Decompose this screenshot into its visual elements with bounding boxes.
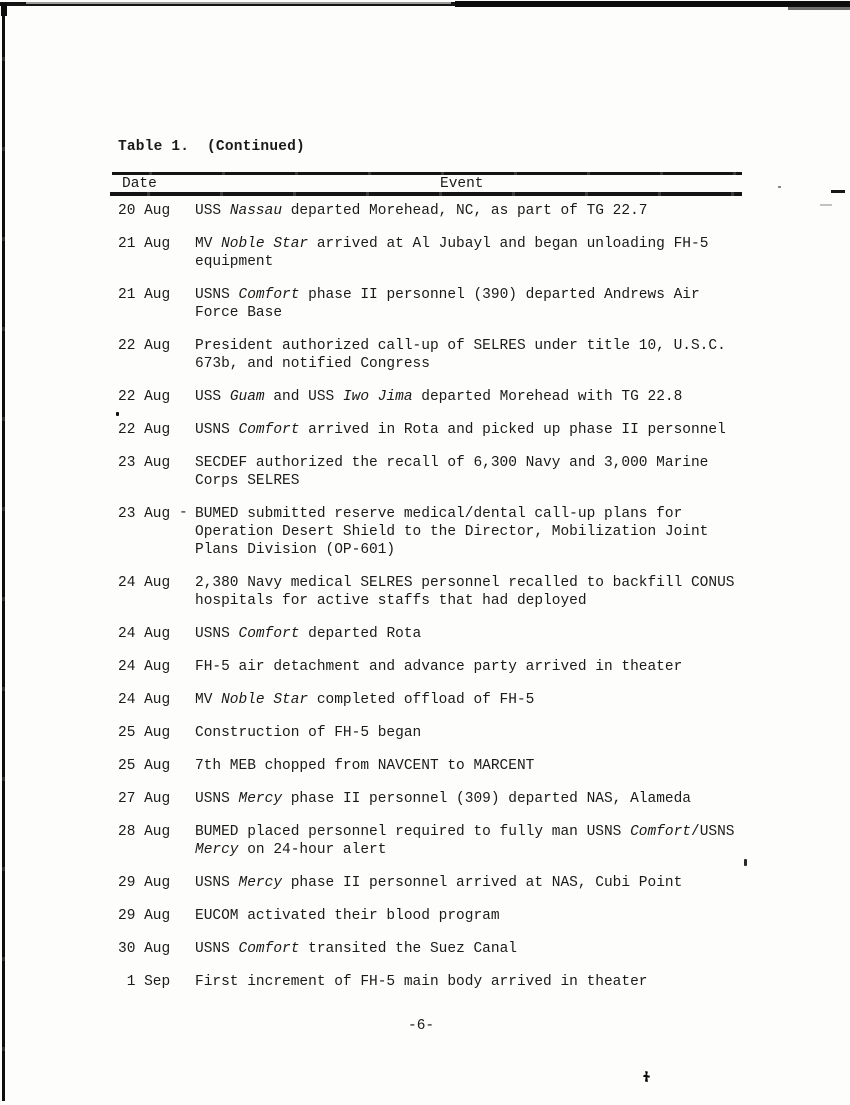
table-row: 30 AugUSNS Comfort transited the Suez Ca… [118, 940, 778, 958]
table-row: 29 AugUSNS Mercy phase II personnel arri… [118, 874, 778, 892]
event-line: 673b, and notified Congress [195, 355, 778, 373]
table-row: 23 Aug-BUMED submitted reserve medical/d… [118, 505, 778, 559]
table-row: 22 AugUSS Guam and USS Iwo Jima departed… [118, 388, 778, 406]
event-cell: MV Noble Star arrived at Al Jubayl and b… [195, 235, 778, 271]
table-row: 29 AugEUCOM activated their blood progra… [118, 907, 778, 925]
scan-artifact-left-edge-line [2, 3, 5, 1101]
event-line: Construction of FH-5 began [195, 724, 778, 742]
table-row: 24 Aug2,380 Navy medical SELRES personne… [118, 574, 778, 610]
date-cell: 24 Aug [118, 574, 195, 610]
event-cell: USNS Mercy phase II personnel (309) depa… [195, 790, 778, 808]
table-row: 24 AugMV Noble Star completed offload of… [118, 691, 778, 709]
event-line: USS Nassau departed Morehead, NC, as par… [195, 202, 778, 220]
table-row: 1 SepFirst increment of FH-5 main body a… [118, 973, 778, 991]
date-cell: 20 Aug [118, 202, 195, 220]
table-row: 24 AugUSNS Comfort departed Rota [118, 625, 778, 643]
table-row: 21 AugMV Noble Star arrived at Al Jubayl… [118, 235, 778, 271]
event-cell: BUMED submitted reserve medical/dental c… [195, 505, 778, 559]
event-cell: First increment of FH-5 main body arrive… [195, 973, 778, 991]
date-cell: 23 Aug [118, 454, 195, 490]
event-cell: USNS Comfort departed Rota [195, 625, 778, 643]
table-row: 22 AugUSNS Comfort arrived in Rota and p… [118, 421, 778, 439]
event-cell: USNS Comfort transited the Suez Canal [195, 940, 778, 958]
event-cell: SECDEF authorized the recall of 6,300 Na… [195, 454, 778, 490]
table-row: 28 AugBUMED placed personnel required to… [118, 823, 778, 859]
table-rule-top [112, 172, 742, 175]
date-cell: 21 Aug [118, 286, 195, 322]
column-header-date: Date [122, 176, 157, 192]
event-cell: BUMED placed personnel required to fully… [195, 823, 778, 859]
date-cell: 27 Aug [118, 790, 195, 808]
event-line: MV Noble Star arrived at Al Jubayl and b… [195, 235, 778, 253]
date-cell: 1 Sep [118, 973, 195, 991]
event-line: Plans Division (OP-601) [195, 541, 778, 559]
table-row: 24 AugFH-5 air detachment and advance pa… [118, 658, 778, 676]
event-line: Force Base [195, 304, 778, 322]
event-cell: USNS Comfort phase II personnel (390) de… [195, 286, 778, 322]
event-line: First increment of FH-5 main body arrive… [195, 973, 778, 991]
scanned-document-page: Table 1. (Continued) Date Event 20 AugUS… [0, 0, 850, 1105]
event-cell: USNS Comfort arrived in Rota and picked … [195, 421, 778, 439]
event-cell: Construction of FH-5 began [195, 724, 778, 742]
event-line: USNS Comfort transited the Suez Canal [195, 940, 778, 958]
event-line: FH-5 air detachment and advance party ar… [195, 658, 778, 676]
event-line: Operation Desert Shield to the Director,… [195, 523, 778, 541]
event-cell: 2,380 Navy medical SELRES personnel reca… [195, 574, 778, 610]
event-line: USNS Mercy phase II personnel arrived at… [195, 874, 778, 892]
event-cell: MV Noble Star completed offload of FH-5 [195, 691, 778, 709]
date-cell: 22 Aug [118, 337, 195, 373]
date-cell: 22 Aug [118, 388, 195, 406]
date-cell: 25 Aug [118, 724, 195, 742]
scan-artifact-speck [778, 186, 781, 188]
date-cell: 30 Aug [118, 940, 195, 958]
event-line: EUCOM activated their blood program [195, 907, 778, 925]
event-cell: EUCOM activated their blood program [195, 907, 778, 925]
date-cell: 29 Aug [118, 874, 195, 892]
date-cell: 22 Aug [118, 421, 195, 439]
table-row: 22 AugPresident authorized call-up of SE… [118, 337, 778, 373]
date-cell: 28 Aug [118, 823, 195, 859]
margin-mark: - [179, 504, 188, 522]
table-row: 25 Aug7th MEB chopped from NAVCENT to MA… [118, 757, 778, 775]
date-cell: 29 Aug [118, 907, 195, 925]
scan-artifact-left-top-blob [1, 3, 7, 16]
event-line: Mercy on 24-hour alert [195, 841, 778, 859]
table-caption: Table 1. (Continued) [118, 139, 305, 155]
scan-artifact-top-band-tail [788, 7, 850, 10]
date-cell: 24 Aug [118, 625, 195, 643]
event-line: President authorized call-up of SELRES u… [195, 337, 778, 355]
table-row: 25 AugConstruction of FH-5 began [118, 724, 778, 742]
column-header-event: Event [440, 176, 484, 192]
event-cell: FH-5 air detachment and advance party ar… [195, 658, 778, 676]
table-row: 23 AugSECDEF authorized the recall of 6,… [118, 454, 778, 490]
table-row: 21 AugUSNS Comfort phase II personnel (3… [118, 286, 778, 322]
table-row: 20 AugUSS Nassau departed Morehead, NC, … [118, 202, 778, 220]
event-cell: USS Nassau departed Morehead, NC, as par… [195, 202, 778, 220]
date-cell: 25 Aug [118, 757, 195, 775]
event-line: SECDEF authorized the recall of 6,300 Na… [195, 454, 778, 472]
event-line: USS Guam and USS Iwo Jima departed Moreh… [195, 388, 778, 406]
event-line: USNS Mercy phase II personnel (309) depa… [195, 790, 778, 808]
scan-artifact-ink-blot [643, 1071, 650, 1082]
scan-artifact-top-band-gray [26, 2, 451, 4]
event-line: BUMED submitted reserve medical/dental c… [195, 505, 778, 523]
page-number: -6- [408, 1018, 434, 1034]
date-cell: 24 Aug [118, 658, 195, 676]
event-line: 7th MEB chopped from NAVCENT to MARCENT [195, 757, 778, 775]
event-cell: President authorized call-up of SELRES u… [195, 337, 778, 373]
date-cell: 24 Aug [118, 691, 195, 709]
event-line: MV Noble Star completed offload of FH-5 [195, 691, 778, 709]
table-rows: 20 AugUSS Nassau departed Morehead, NC, … [118, 202, 778, 1006]
event-cell: 7th MEB chopped from NAVCENT to MARCENT [195, 757, 778, 775]
table-rule-header-bottom [110, 192, 742, 196]
scan-artifact-rule-fragment-gray [820, 204, 832, 206]
table-row: 27 AugUSNS Mercy phase II personnel (309… [118, 790, 778, 808]
event-line: Corps SELRES [195, 472, 778, 490]
date-cell: 21 Aug [118, 235, 195, 271]
event-line: hospitals for active staffs that had dep… [195, 592, 778, 610]
event-line: equipment [195, 253, 778, 271]
event-line: USNS Comfort arrived in Rota and picked … [195, 421, 778, 439]
event-cell: USNS Mercy phase II personnel arrived at… [195, 874, 778, 892]
event-line: BUMED placed personnel required to fully… [195, 823, 778, 841]
event-cell: USS Guam and USS Iwo Jima departed Moreh… [195, 388, 778, 406]
event-line: USNS Comfort departed Rota [195, 625, 778, 643]
event-line: 2,380 Navy medical SELRES personnel reca… [195, 574, 778, 592]
event-line: USNS Comfort phase II personnel (390) de… [195, 286, 778, 304]
scan-artifact-rule-fragment [831, 190, 845, 193]
